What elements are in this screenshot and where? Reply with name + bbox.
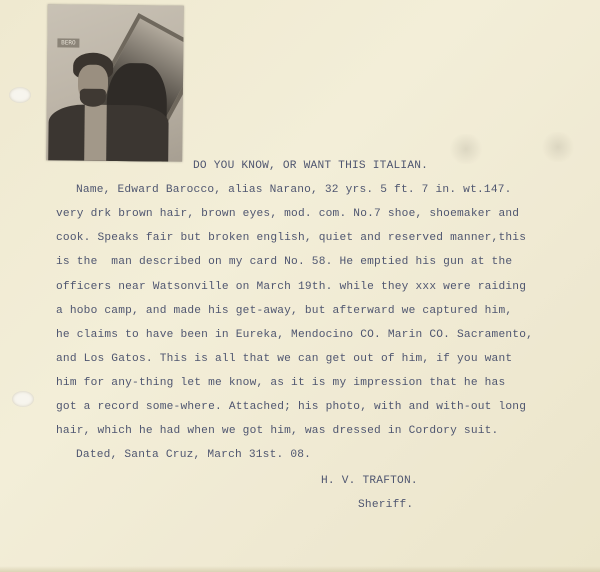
faded-stamp-left [448,134,484,164]
body-line: him for any-thing let me know, as it is … [56,377,505,389]
body-line: officers near Watsonville on March 19th.… [56,281,526,293]
body-line: got a record some-where. Attached; his p… [56,401,526,413]
body-line: and Los Gatos. This is all that we can g… [56,353,512,365]
body-line: hair, which he had when we got him, was … [56,425,498,437]
body-line: a hobo camp, and made his get-away, but … [56,305,512,317]
body-line: cook. Speaks fair but broken english, qu… [56,232,526,244]
dated-line: Dated, Santa Cruz, March 31st. 08. [76,449,311,461]
suspect-photo: BERO [46,4,184,161]
body-line: is the man described on my card No. 58. … [56,256,512,268]
signature-title: Sheriff. [358,499,413,511]
punch-hole-top [9,87,31,103]
photo-tag: BERO [57,38,79,47]
faded-stamp-right [540,132,576,162]
body-line: he claims to have been in Eureka, Mendoc… [56,329,533,341]
paper-edge [0,566,600,572]
body-line: very drk brown hair, brown eyes, mod. co… [56,208,519,220]
body-line: Name, Edward Barocco, alias Narano, 32 y… [76,184,512,196]
notice-heading: DO YOU KNOW, OR WANT THIS ITALIAN. [193,160,428,172]
signature-name: H. V. TRAFTON. [321,475,418,487]
document-page: BERO DO YOU KNOW, OR WANT THIS ITALIAN. … [0,0,600,572]
punch-hole-bottom [12,391,34,407]
